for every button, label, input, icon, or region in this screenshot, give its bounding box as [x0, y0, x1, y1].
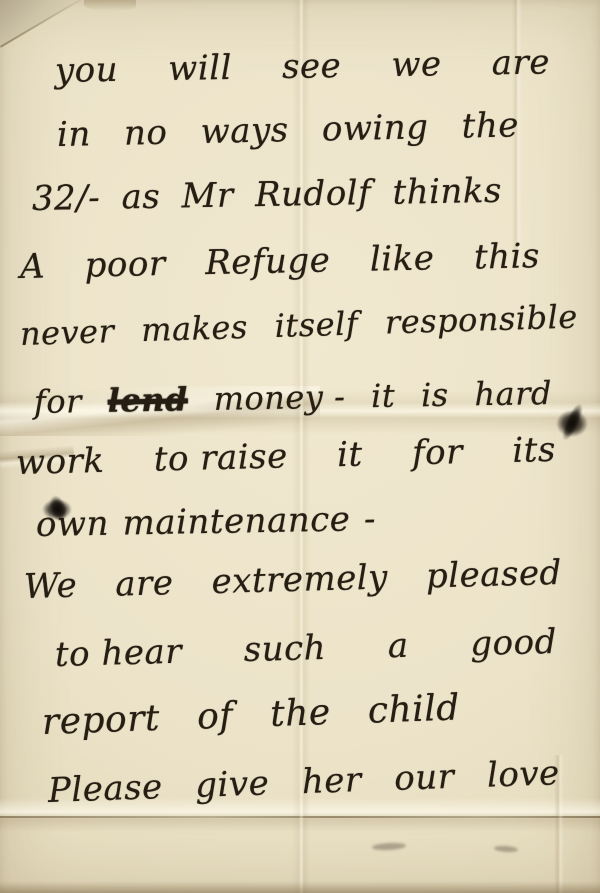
handwritten-word: 32/- — [32, 179, 101, 219]
handwritten-word: the — [461, 106, 519, 146]
handwritten-word: extremely — [211, 558, 388, 602]
handwritten-word: Rudolf — [255, 174, 372, 215]
handwritten-line-9: Weareextremelypleased — [23, 554, 562, 607]
handwritten-word: will — [168, 49, 232, 89]
handwritten-word: Please — [47, 768, 163, 811]
handwritten-word: of — [196, 695, 233, 738]
handwritten-word: report — [41, 698, 160, 743]
handwritten-word: itself — [274, 305, 359, 344]
handwritten-word: are — [115, 564, 174, 605]
handwritten-word: makes — [141, 309, 249, 349]
handwritten-word: to raise — [153, 437, 288, 479]
handwritten-word: its — [512, 431, 556, 471]
handwritten-word: thinks — [392, 172, 502, 213]
handwritten-word: poor — [84, 245, 166, 286]
handwritten-word: you — [55, 51, 119, 91]
handwritten-word: for — [412, 433, 464, 473]
handwritten-word: - — [364, 500, 377, 539]
handwritten-line-5: nevermakesitselfresponsible — [19, 298, 578, 352]
handwritten-word: such — [243, 629, 326, 670]
handwritten-word: it — [371, 378, 396, 415]
handwritten-word: A — [20, 247, 46, 287]
handwritten-word: like — [370, 239, 435, 279]
handwritten-word: we — [391, 45, 442, 85]
handwritten-word: our — [394, 758, 455, 799]
handwritten-word: Mr — [181, 176, 234, 216]
struck-word: lend — [107, 381, 188, 419]
handwritten-word: in — [57, 115, 92, 155]
handwritten-word: love — [486, 754, 560, 796]
handwritten-word: see — [282, 47, 342, 87]
handwritten-word: the — [269, 692, 331, 735]
handwritten-word: Refuge — [205, 242, 331, 284]
handwritten-word: her — [301, 761, 362, 802]
handwritten-word: owing — [321, 108, 428, 149]
handwritten-line-2: innowaysowingthe — [57, 106, 520, 155]
handwritten-word: is — [421, 377, 449, 414]
handwritten-line-7: workto raiseitforits — [16, 431, 557, 483]
handwritten-word: it — [337, 436, 363, 476]
handwritten-word: hard — [474, 375, 552, 413]
handwritten-line-12: Pleasegiveherourlove — [47, 754, 560, 811]
handwritten-word: We — [23, 567, 77, 607]
handwritten-word: to hear — [54, 633, 182, 675]
handwritten-word: child — [367, 687, 460, 732]
letter-scan: youwillseeweareinnowaysowingthe32/-asMrR… — [0, 0, 600, 893]
handwritten-word: this — [474, 237, 541, 277]
handwritten-word: never — [19, 313, 114, 353]
handwritten-line-11: reportofthechild — [41, 687, 460, 743]
handwritten-line-10: to hearsuchagood — [54, 623, 557, 675]
handwritten-word: money - — [213, 379, 345, 418]
handwritten-word: as — [121, 178, 160, 218]
handwriting-layer: youwillseeweareinnowaysowingthe32/-asMrR… — [0, 0, 600, 893]
handwritten-word: pleased — [425, 554, 562, 597]
handwritten-line-1: youwillseeweare — [55, 43, 551, 91]
handwritten-word: ways — [200, 111, 289, 152]
handwritten-word: no — [124, 114, 168, 154]
handwritten-word: for — [34, 383, 83, 421]
handwritten-line-6: forlendmoney -itishard — [34, 375, 553, 421]
handwritten-line-4: ApoorRefugelikethis — [20, 237, 541, 287]
handwritten-line-8: ownmaintenance- — [36, 500, 377, 545]
handwritten-word: work — [16, 442, 105, 483]
handwritten-word: give — [195, 764, 270, 806]
handwritten-word: good — [470, 623, 557, 664]
handwritten-word: a — [387, 627, 409, 667]
handwritten-word: responsible — [384, 298, 578, 341]
handwritten-word: are — [491, 43, 550, 83]
handwritten-word: maintenance — [122, 501, 350, 544]
handwritten-line-3: 32/-asMrRudolfthinks — [32, 172, 503, 219]
